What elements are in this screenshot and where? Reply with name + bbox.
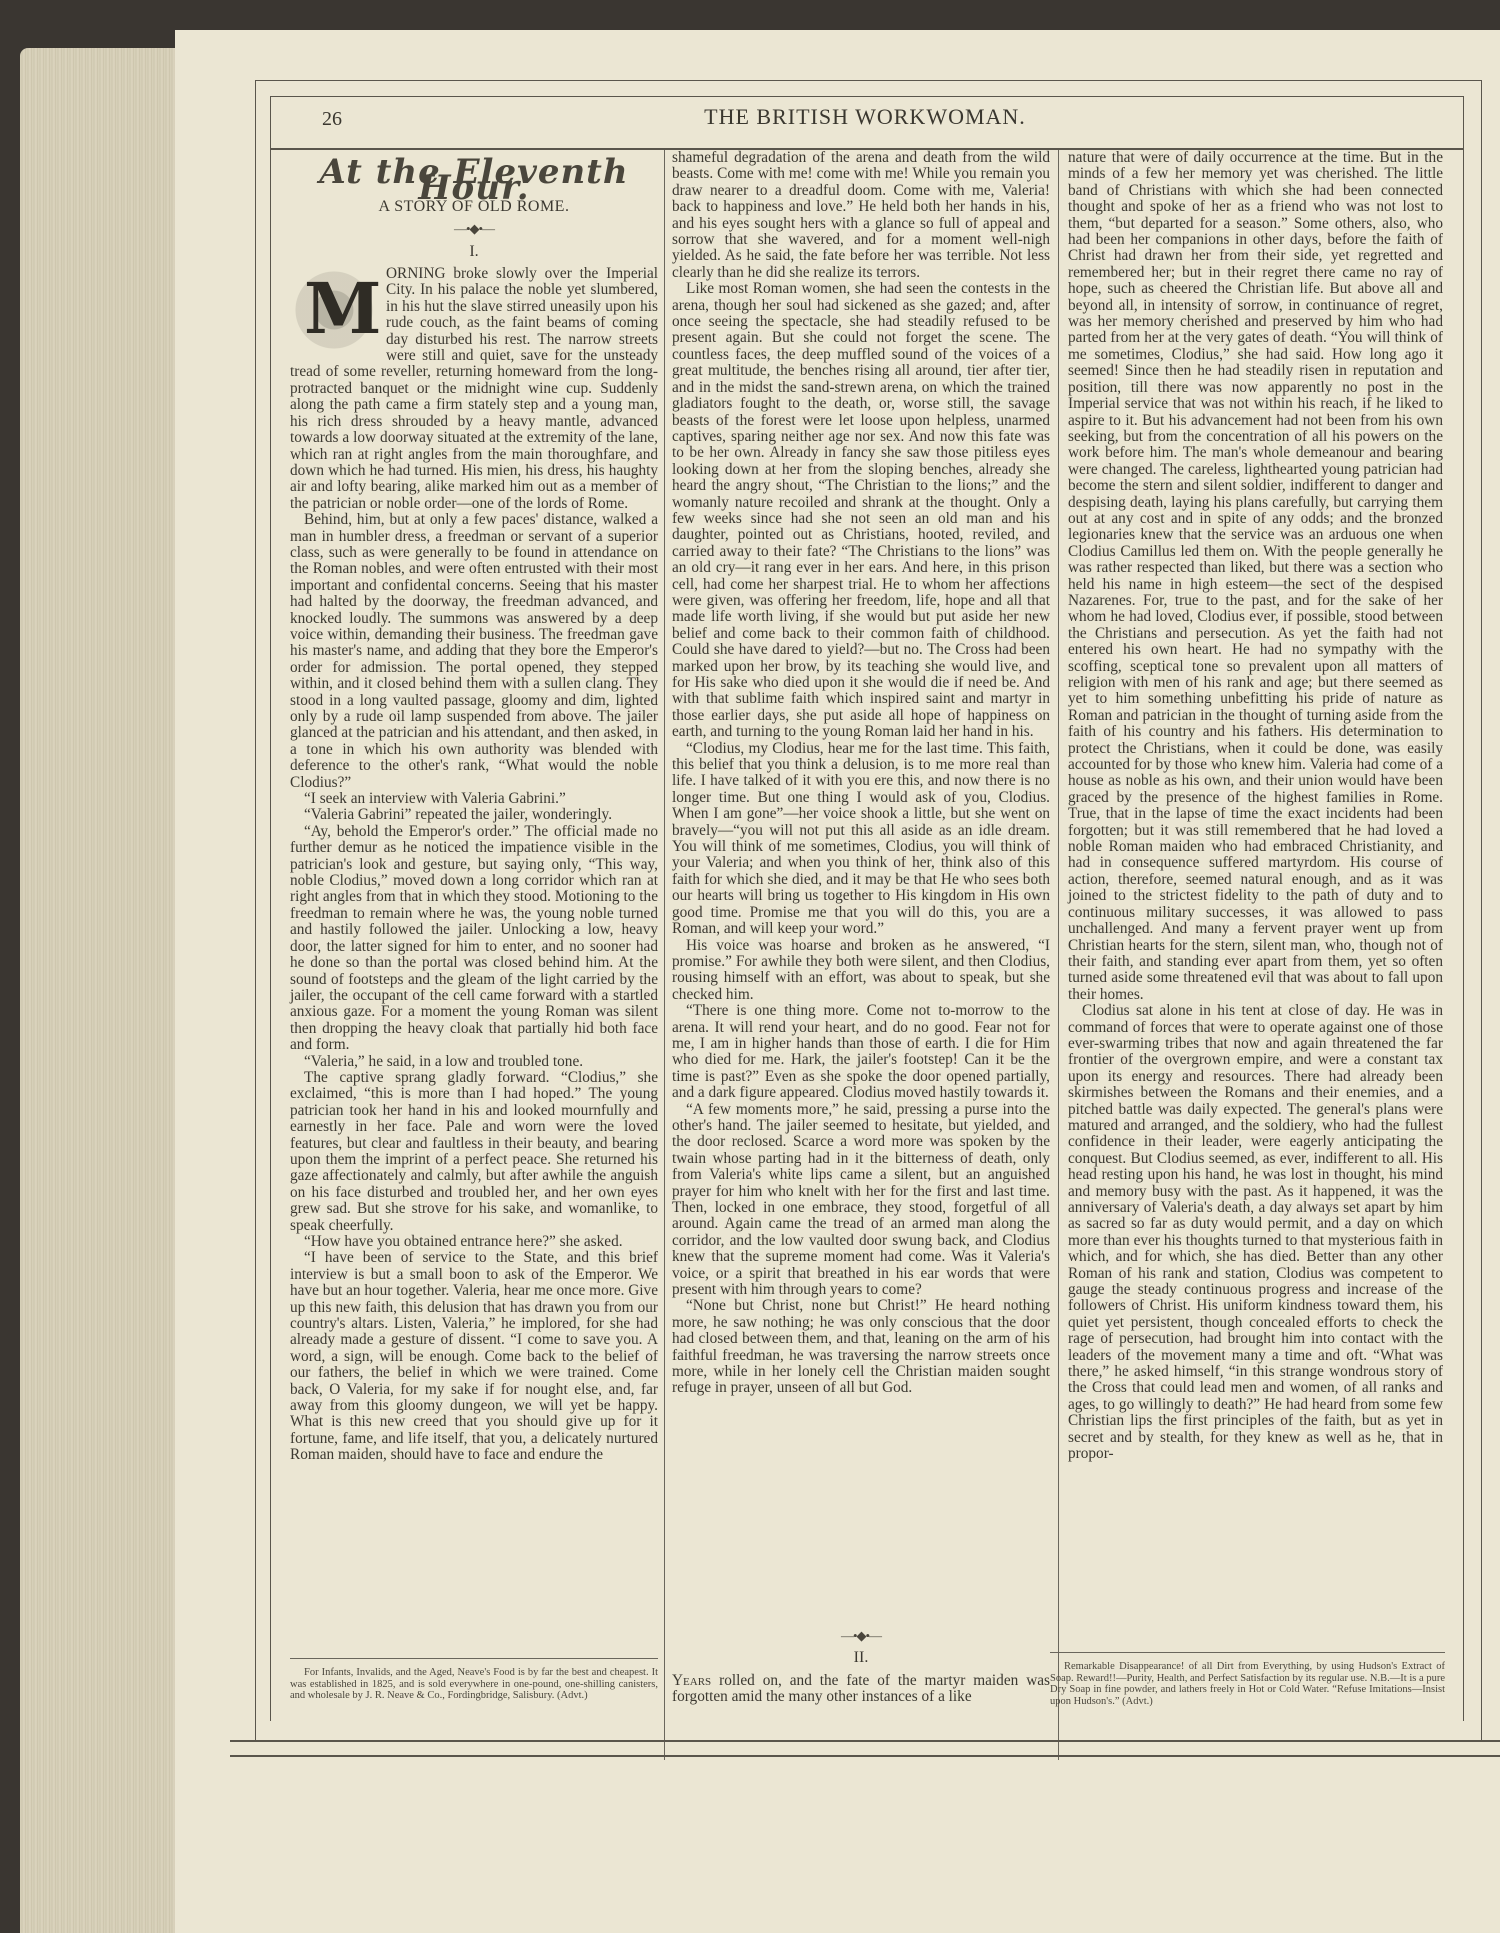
book-page-edges (20, 48, 180, 1933)
section-2-start: —•◆•— II. Years rolled on, and the fate … (672, 1622, 1050, 1706)
section-number-2: II. (672, 1650, 1050, 1666)
story-title: At the Eleventh Hour. (290, 164, 658, 197)
paragraph: “Ay, behold the Emperor's order.” The of… (290, 824, 658, 1054)
advert-hudsons-soap: Remarkable Disappearance! of all Dirt fr… (1050, 1652, 1445, 1707)
paragraph: nature that were of daily occurrence at … (1068, 150, 1443, 1003)
paragraph: Years rolled on, and the fate of the mar… (672, 1673, 1050, 1706)
paragraph: “Valeria,” he said, in a low and trouble… (290, 1054, 658, 1070)
column-divider (664, 150, 665, 1760)
paragraph: Clodius sat alone in his tent at close o… (1068, 1003, 1443, 1462)
story-subtitle: A STORY OF OLD ROME. (290, 199, 658, 215)
decorated-dropcap: M (290, 264, 378, 356)
ornament-divider: —•◆•— (672, 1628, 1050, 1644)
paragraph: “Clodius, my Clodius, hear me for the la… (672, 741, 1050, 938)
running-head: 26 THE BRITISH WORKWOMAN. (290, 104, 1440, 136)
paragraph: “Valeria Gabrini” repeated the jailer, w… (290, 807, 658, 823)
footer-rule (230, 1755, 1500, 1757)
advert-text: Remarkable Disappearance! of all Dirt fr… (1050, 1661, 1445, 1707)
section-lead-text: rolled on, and the fate of the martyr ma… (672, 1672, 1050, 1705)
section-number-1: I. (290, 244, 658, 260)
paragraph: Like most Roman women, she had seen the … (672, 281, 1050, 740)
column-3: nature that were of daily occurrence at … (1068, 150, 1443, 1463)
advert-neaves-food: For Infants, Invalids, and the Aged, Nea… (290, 1658, 658, 1702)
journal-title: THE BRITISH WORKWOMAN. (290, 104, 1440, 130)
advert-text: For Infants, Invalids, and the Aged, Nea… (290, 1667, 658, 1702)
paragraph: “I seek an interview with Valeria Gabrin… (290, 791, 658, 807)
paragraph: “None but Christ, none but Christ!” He h… (672, 1298, 1050, 1396)
column-2: shameful degradation of the arena and de… (672, 150, 1050, 1397)
paragraph: “There is one thing more. Come not to-mo… (672, 1003, 1050, 1101)
section-lead-word: Years (672, 1672, 711, 1689)
paragraph: “A few moments more,” he said, pressing … (672, 1102, 1050, 1299)
paragraph: Behind, him, but at only a few paces' di… (290, 512, 658, 791)
footer-rule (230, 1740, 1500, 1742)
paragraph: “I have been of service to the State, an… (290, 1250, 658, 1463)
paragraph: shameful degradation of the arena and de… (672, 150, 1050, 281)
column-divider (1058, 150, 1059, 1760)
paragraph: The captive sprang gladly forward. “Clod… (290, 1070, 658, 1234)
ornament-divider: —•◆•— (290, 221, 658, 237)
paragraph: “How have you obtained entrance here?” s… (290, 1234, 658, 1250)
column-1: At the Eleventh Hour. A STORY OF OLD ROM… (290, 150, 658, 1464)
dropcap-letter: M (304, 274, 382, 344)
paragraph: His voice was hoarse and broken as he an… (672, 938, 1050, 1004)
